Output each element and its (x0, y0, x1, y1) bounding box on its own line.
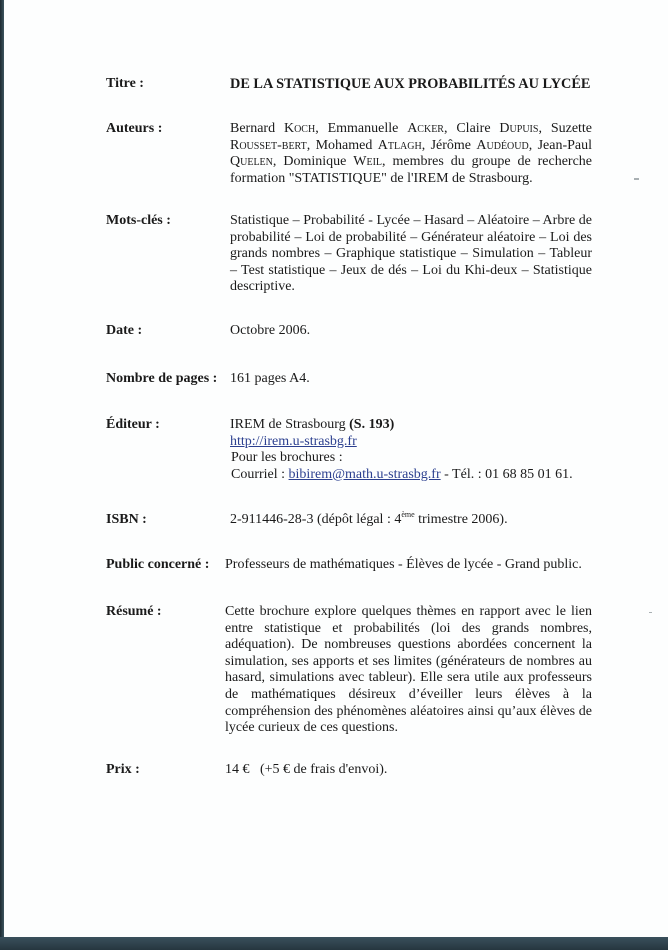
date-value: Octobre 2006. (230, 323, 310, 340)
editeur-email-link[interactable]: bibirem@math.u-strasbg.fr (289, 467, 441, 482)
scan-speck (649, 612, 652, 613)
author-surname: Audéoud (476, 138, 528, 153)
editeur-label: Éditeur : (106, 417, 160, 434)
auteurs-value: Bernard Koch, Emmanuelle Acker, Claire D… (230, 121, 592, 187)
scanner-edge-left (0, 0, 4, 937)
author-surname: Atlagh (378, 138, 422, 153)
isbn-number: 2-911446-28-3 (230, 512, 313, 527)
prix-price: 14 € (225, 762, 250, 777)
date-label: Date : (106, 323, 142, 340)
editeur-phone-label: - Tél. : (444, 467, 481, 482)
auteurs-label: Auteurs : (106, 121, 162, 138)
nombre-pages-value: 161 pages A4. (230, 371, 310, 388)
author-surname: Acker (407, 121, 444, 136)
author-name: Emmanuelle Acker (328, 121, 444, 136)
editeur-website-link[interactable]: http://irem.u-strasbg.fr (230, 434, 357, 449)
scan-speck (634, 178, 639, 180)
editeur-value: IREM de Strasbourg (S. 193) http://irem.… (230, 417, 573, 483)
author-name: Bernard Koch (230, 121, 315, 136)
editeur-contact-line: Courriel : bibirem@math.u-strasbg.fr - T… (230, 467, 573, 484)
prix-label: Prix : (106, 762, 140, 779)
titre-label: Titre : (106, 76, 144, 93)
mots-cles-label: Mots-clés : (106, 213, 171, 230)
author-surname: Weil (353, 154, 382, 169)
public-label: Public concerné : (106, 557, 209, 574)
resume-value: Cette brochure explore quelques thèmes e… (225, 604, 592, 737)
nombre-pages-label: Nombre de pages : (106, 371, 217, 388)
editeur-publisher-line: IREM de Strasbourg (S. 193) (230, 417, 573, 434)
editeur-publisher: IREM de Strasbourg (230, 417, 346, 432)
mots-cles-value: Statistique – Probabilité - Lycée – Hasa… (230, 213, 592, 296)
author-surname: Koch (284, 121, 315, 136)
editeur-brochures-label: Pour les brochures : (230, 450, 573, 467)
scanned-page: Titre : DE LA STATISTIQUE AUX PROBABILIT… (4, 0, 668, 937)
titre-value: DE LA STATISTIQUE AUX PROBABILITÉS AU LY… (230, 76, 590, 93)
isbn-legal-suffix: trimestre 2006). (418, 512, 507, 527)
editeur-series-ref: (S. 193) (349, 417, 394, 432)
editeur-phone: 01 68 85 01 61. (485, 467, 573, 482)
isbn-legal-prefix: (dépôt légal : 4 (317, 512, 401, 527)
prix-shipping: (+5 € de frais d'envoi). (260, 762, 387, 777)
resume-label: Résumé : (106, 604, 162, 621)
public-value: Professeurs de mathématiques - Élèves de… (225, 557, 592, 574)
author-surname: Quelen (230, 154, 273, 169)
isbn-legal-sup: ème (401, 510, 414, 519)
isbn-label: ISBN : (106, 512, 147, 529)
prix-value: 14 € (+5 € de frais d'envoi). (225, 762, 592, 779)
author-name: Mohamed Atlagh (316, 138, 422, 153)
editeur-email-label: Courriel : (231, 467, 285, 482)
author-name: Claire Dupuis (456, 121, 538, 136)
scanner-edge-bottom (0, 937, 668, 950)
author-surname: Dupuis (499, 121, 538, 136)
isbn-value: 2-911446-28-3 (dépôt légal : 4ème trimes… (230, 512, 508, 529)
author-surname: Rousset-bert (230, 138, 307, 153)
author-name: Jérôme Audéoud (431, 138, 529, 153)
author-name: Dominique Weil (283, 154, 382, 169)
